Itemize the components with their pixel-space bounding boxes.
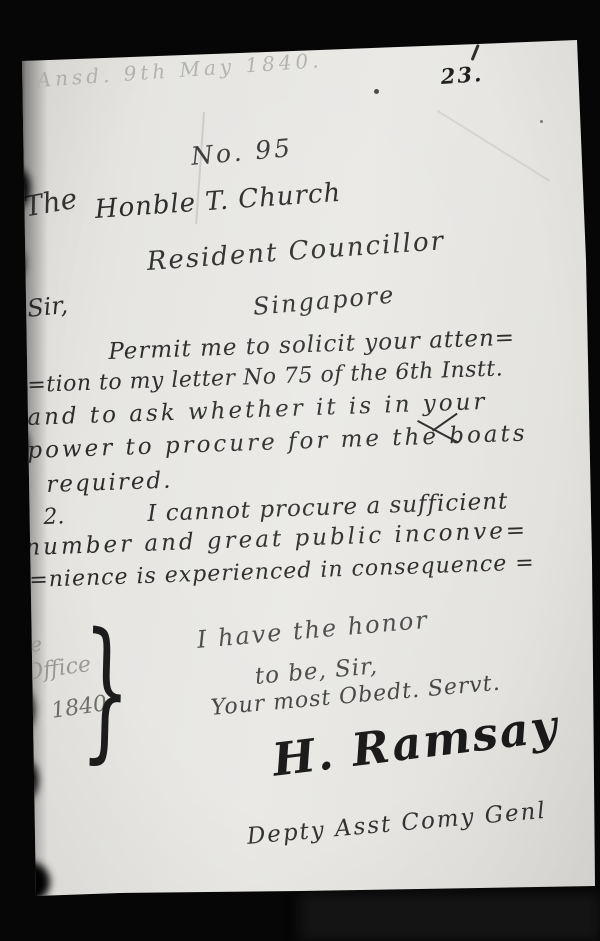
ink-speck	[374, 89, 379, 94]
scan-shadow	[300, 893, 600, 941]
letter-number: No. 95	[190, 135, 294, 169]
body-line: =nience is experienced in consequence =	[29, 552, 535, 592]
addressee-title: Resident Councillor	[146, 228, 446, 275]
border-blob	[10, 862, 50, 902]
border-blob	[8, 430, 28, 460]
page-number: 23.	[440, 63, 484, 87]
border-blob	[2, 246, 24, 280]
addressee-name: Honble T. Church	[94, 180, 342, 223]
ink-speck	[540, 120, 543, 123]
border-blob	[12, 760, 38, 800]
addressee-prefix: The	[22, 185, 79, 222]
pencil-annotation: Ansd. 9th May 1840.	[36, 50, 323, 90]
addressee-place: Singapore	[252, 283, 396, 319]
border-blob	[4, 168, 30, 208]
closing-line: I have the honor	[196, 608, 430, 652]
paragraph-2-marker: 2.	[43, 506, 65, 529]
margin-brace: }	[80, 612, 132, 769]
margin-fragment: ne	[16, 634, 43, 657]
crease-line	[437, 110, 550, 182]
body-line: required.	[46, 470, 173, 497]
salutation: Sir,	[26, 293, 69, 321]
corner-pen-mark	[471, 44, 480, 61]
paper-sheet: Ansd. 9th May 1840. 23. No. 95 The Honbl…	[0, 0, 600, 941]
border-blob	[8, 688, 34, 732]
signature: H. Ramsay	[270, 703, 561, 783]
scan-background: Ansd. 9th May 1840. 23. No. 95 The Honbl…	[0, 0, 600, 941]
body-line: power to procure for me the boats	[27, 423, 528, 463]
signature-title: Depty Asst Comy Genl	[246, 800, 548, 849]
